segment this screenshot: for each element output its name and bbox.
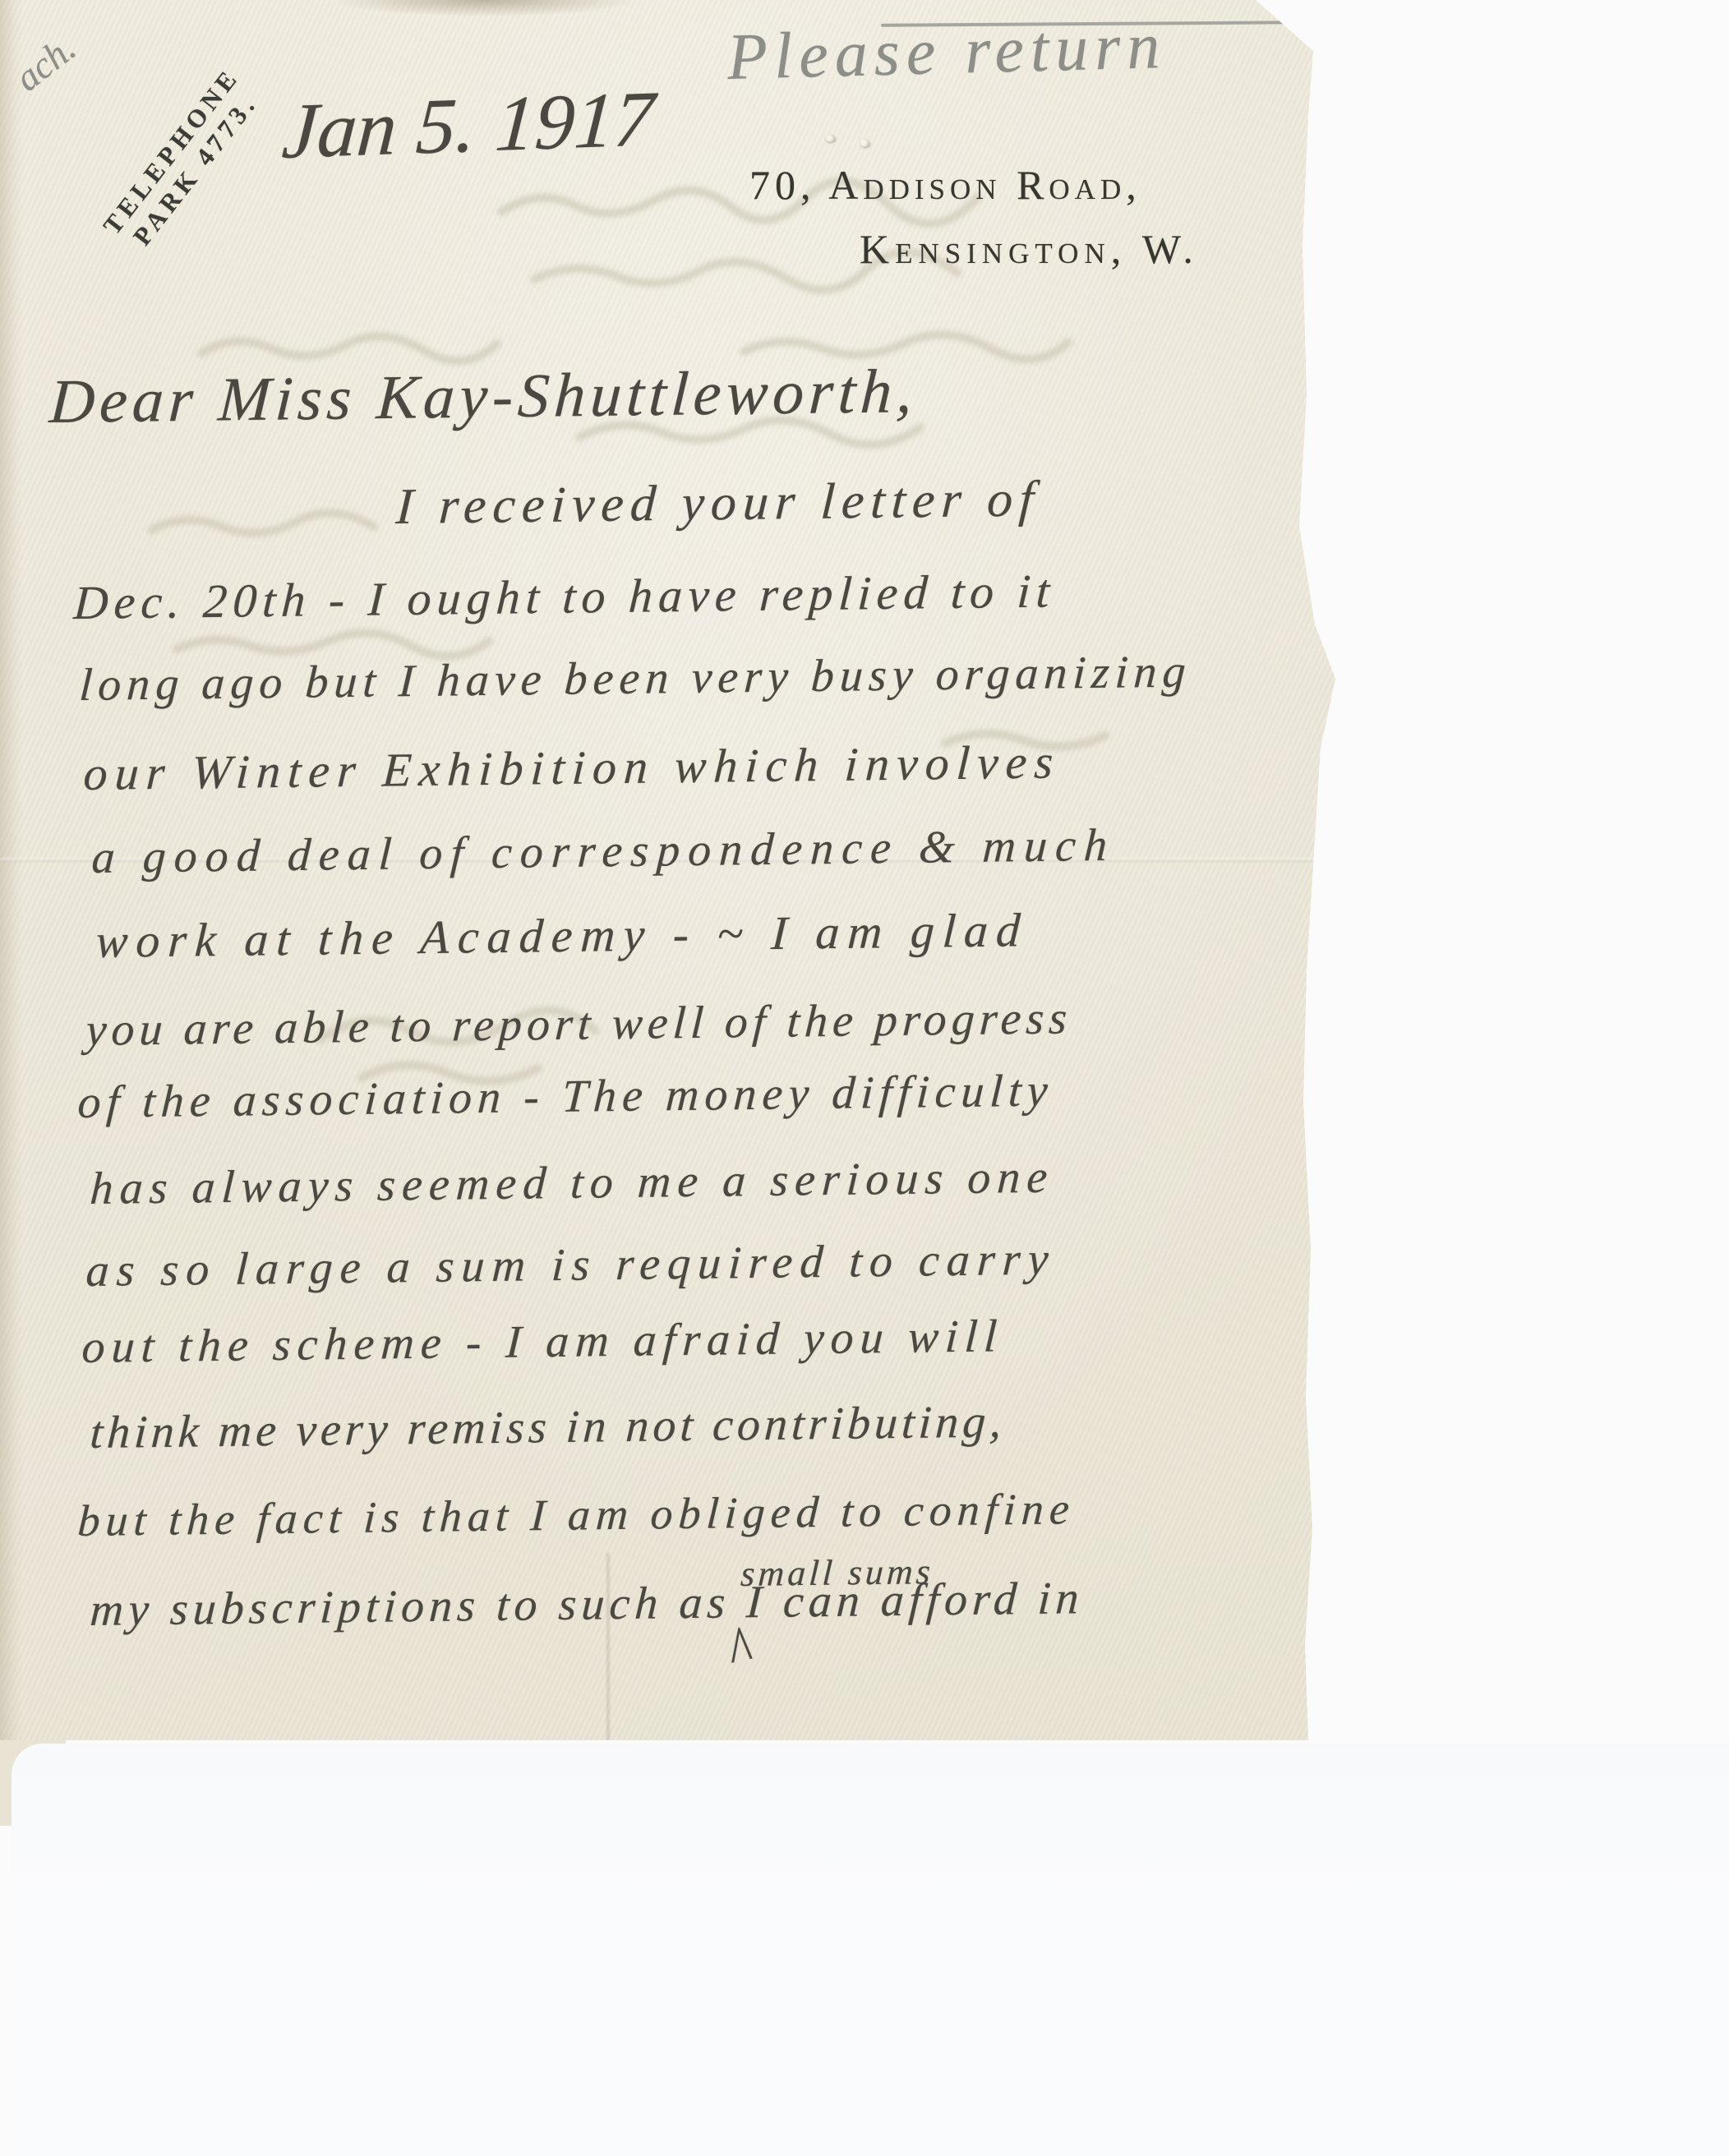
letter-date: Jan 5. 1917 xyxy=(279,72,657,177)
letter-salutation: Dear Miss Kay-Shuttleworth, xyxy=(48,356,920,438)
letterhead-address-line1: 70, Addison Road, xyxy=(749,161,1141,209)
letter-paper: ach. Please return TELEPHONE PARK 4773. … xyxy=(0,0,1348,1740)
pencil-note-please-return: Please return xyxy=(726,9,1167,95)
pin-hole xyxy=(860,140,869,147)
paper-left-edge-shade xyxy=(0,0,23,1740)
letter-line-1: I received your letter of xyxy=(394,470,1042,537)
letter-line-6: work at the Academy - ~ I am glad xyxy=(95,902,1030,969)
scanned-letter-page: { "annotations": { "corner_note": "ach."… xyxy=(0,0,1729,2156)
paper-top-curl-shadow xyxy=(337,0,633,16)
letter-line-12: think me very remiss in not contributing… xyxy=(89,1395,1007,1459)
insertion-small-sums: small sums xyxy=(740,1550,935,1595)
pin-hole xyxy=(825,135,835,142)
letterhead-address-line2: Kensington, W. xyxy=(860,225,1199,273)
background-sheet xyxy=(12,1744,1729,2156)
